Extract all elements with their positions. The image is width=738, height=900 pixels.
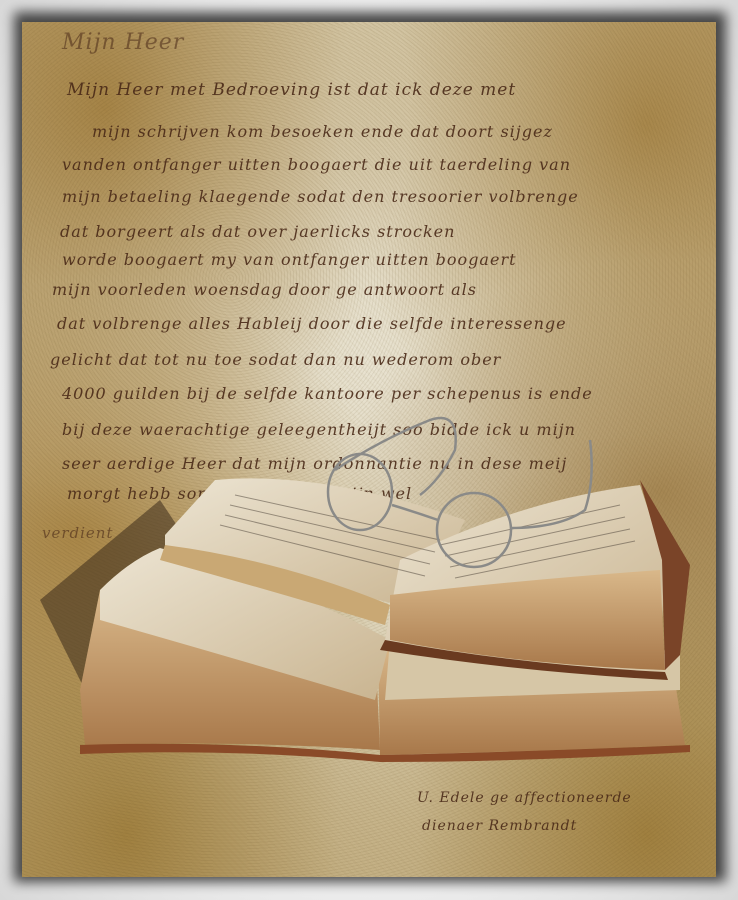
books-and-spectacles xyxy=(0,0,738,900)
